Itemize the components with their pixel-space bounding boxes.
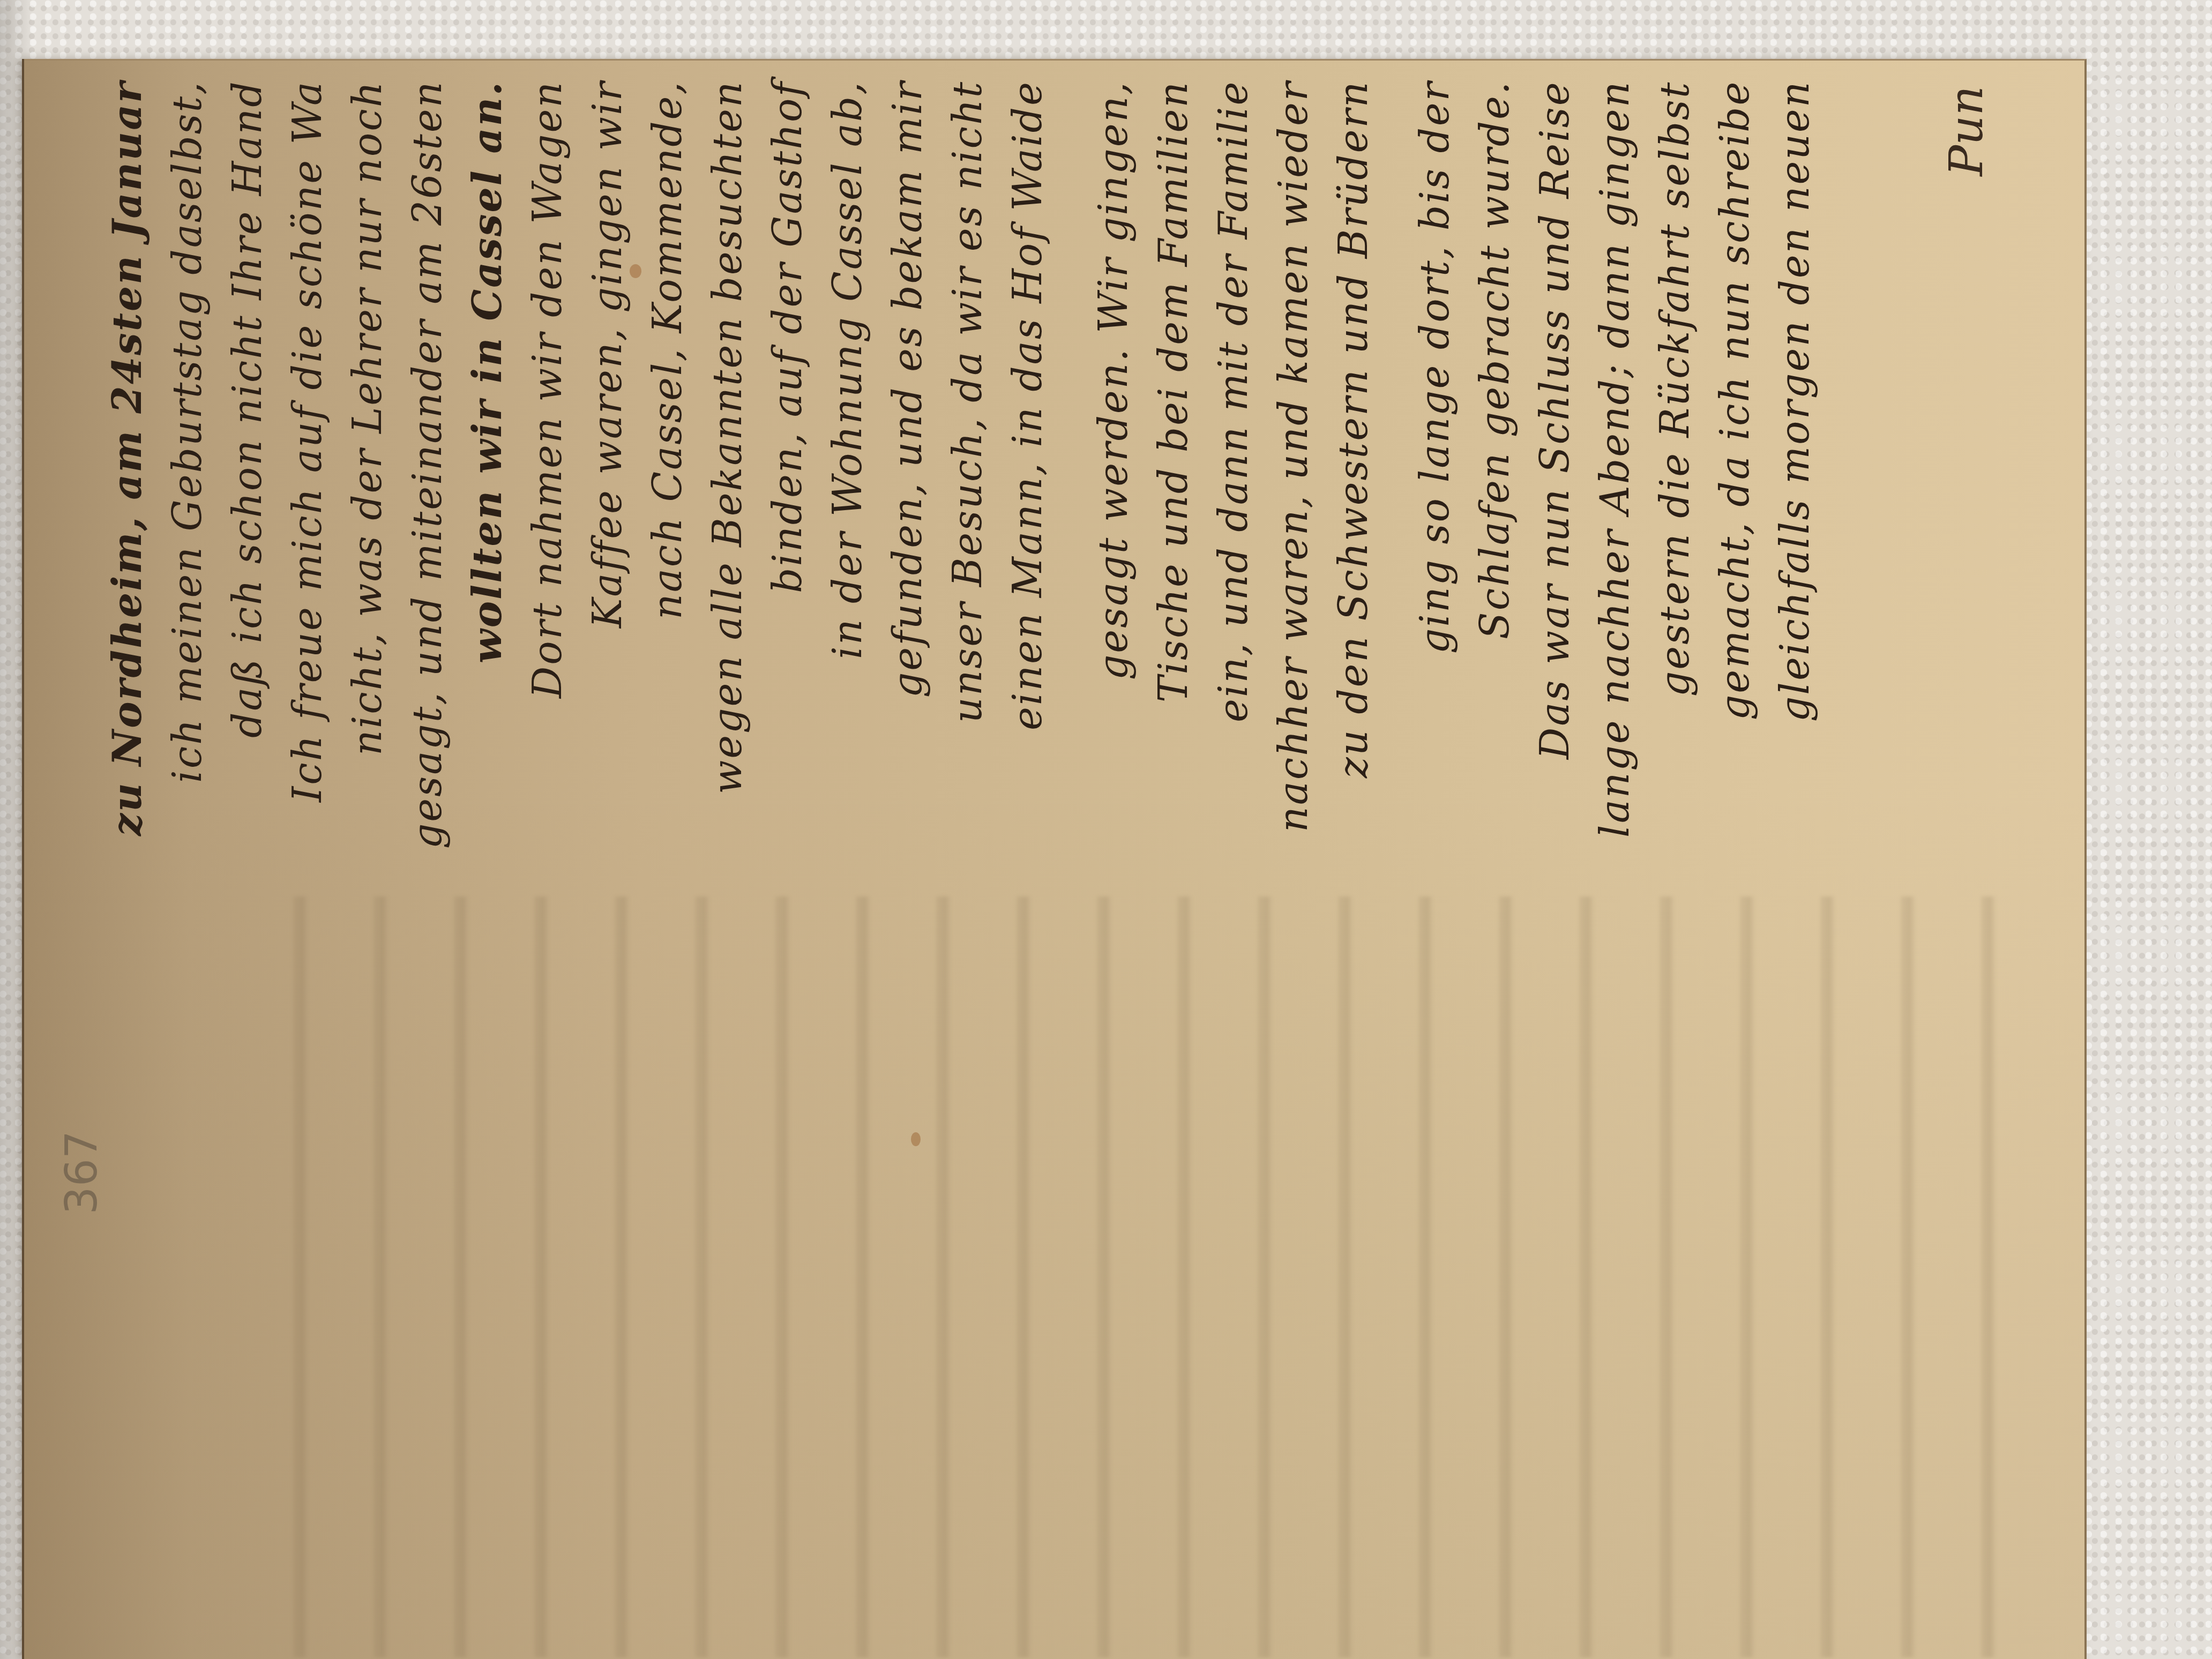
text-line: Tische und bei dem Familien bbox=[1148, 80, 1199, 916]
text-line: gemacht, da ich nun schreibe bbox=[1709, 80, 1761, 916]
text-line: Das war nun Schluss und Reise bbox=[1529, 80, 1581, 916]
text-line: nicht, was der Lehrer nur noch bbox=[342, 80, 393, 916]
text-line: lange nachher Abend; dann gingen bbox=[1589, 80, 1641, 916]
text-line: gefunden, und es bekam mir bbox=[882, 80, 933, 916]
text-line: wollten wir in Cassel an. bbox=[462, 80, 513, 916]
text-line: Dort nahmen wir den Wagen bbox=[522, 80, 573, 916]
text-line: ein, und dann mit der Familie bbox=[1208, 80, 1259, 916]
text-line: nachher waren, und kamen wieder bbox=[1268, 80, 1319, 916]
text-line: gestern die Rückfahrt selbst bbox=[1649, 80, 1701, 916]
text-line: Ich freue mich auf die schöne Wa bbox=[282, 80, 333, 916]
text-line: zu den Schwestern und Brüdern bbox=[1328, 80, 1379, 916]
text-line: unser Besuch, da wir es nicht bbox=[942, 80, 993, 916]
text-line: gesagt, und miteinander am 26sten bbox=[402, 80, 453, 916]
text-line: in der Wohnung Cassel ab, bbox=[822, 80, 873, 916]
catchword: Pun bbox=[1940, 86, 1993, 176]
text-line: gleichfalls morgen den neuen bbox=[1769, 80, 1821, 916]
text-line: nach Cassel, Kommende, bbox=[642, 80, 693, 916]
text-line: Kaffee waren, gingen wir bbox=[582, 80, 633, 916]
text-line: daß ich schon nicht Ihre Hand bbox=[222, 80, 273, 916]
text-line: ich meinen Geburtstag daselbst, bbox=[162, 80, 213, 916]
text-line: zu Nordheim, am 24sten Januar bbox=[102, 80, 153, 916]
text-line: binden, auf der Gasthof bbox=[762, 80, 813, 916]
text-line: gesagt werden. Wir gingen, bbox=[1088, 80, 1139, 916]
text-line: ging so lange dort, bis der bbox=[1409, 80, 1461, 916]
folio-number: 367 bbox=[56, 1131, 107, 1215]
letter-body: zu Nordheim, am 24sten Januar ich meinen… bbox=[102, 80, 1924, 938]
text-line: wegen alle Bekannten besuchten bbox=[702, 80, 753, 916]
foxing-spot bbox=[911, 1132, 921, 1146]
text-line: einen Mann, in das Hof Waide bbox=[1002, 80, 1053, 916]
ink-bleed-through bbox=[228, 896, 2050, 1657]
text-line: Schlafen gebracht wurde. bbox=[1469, 80, 1521, 916]
